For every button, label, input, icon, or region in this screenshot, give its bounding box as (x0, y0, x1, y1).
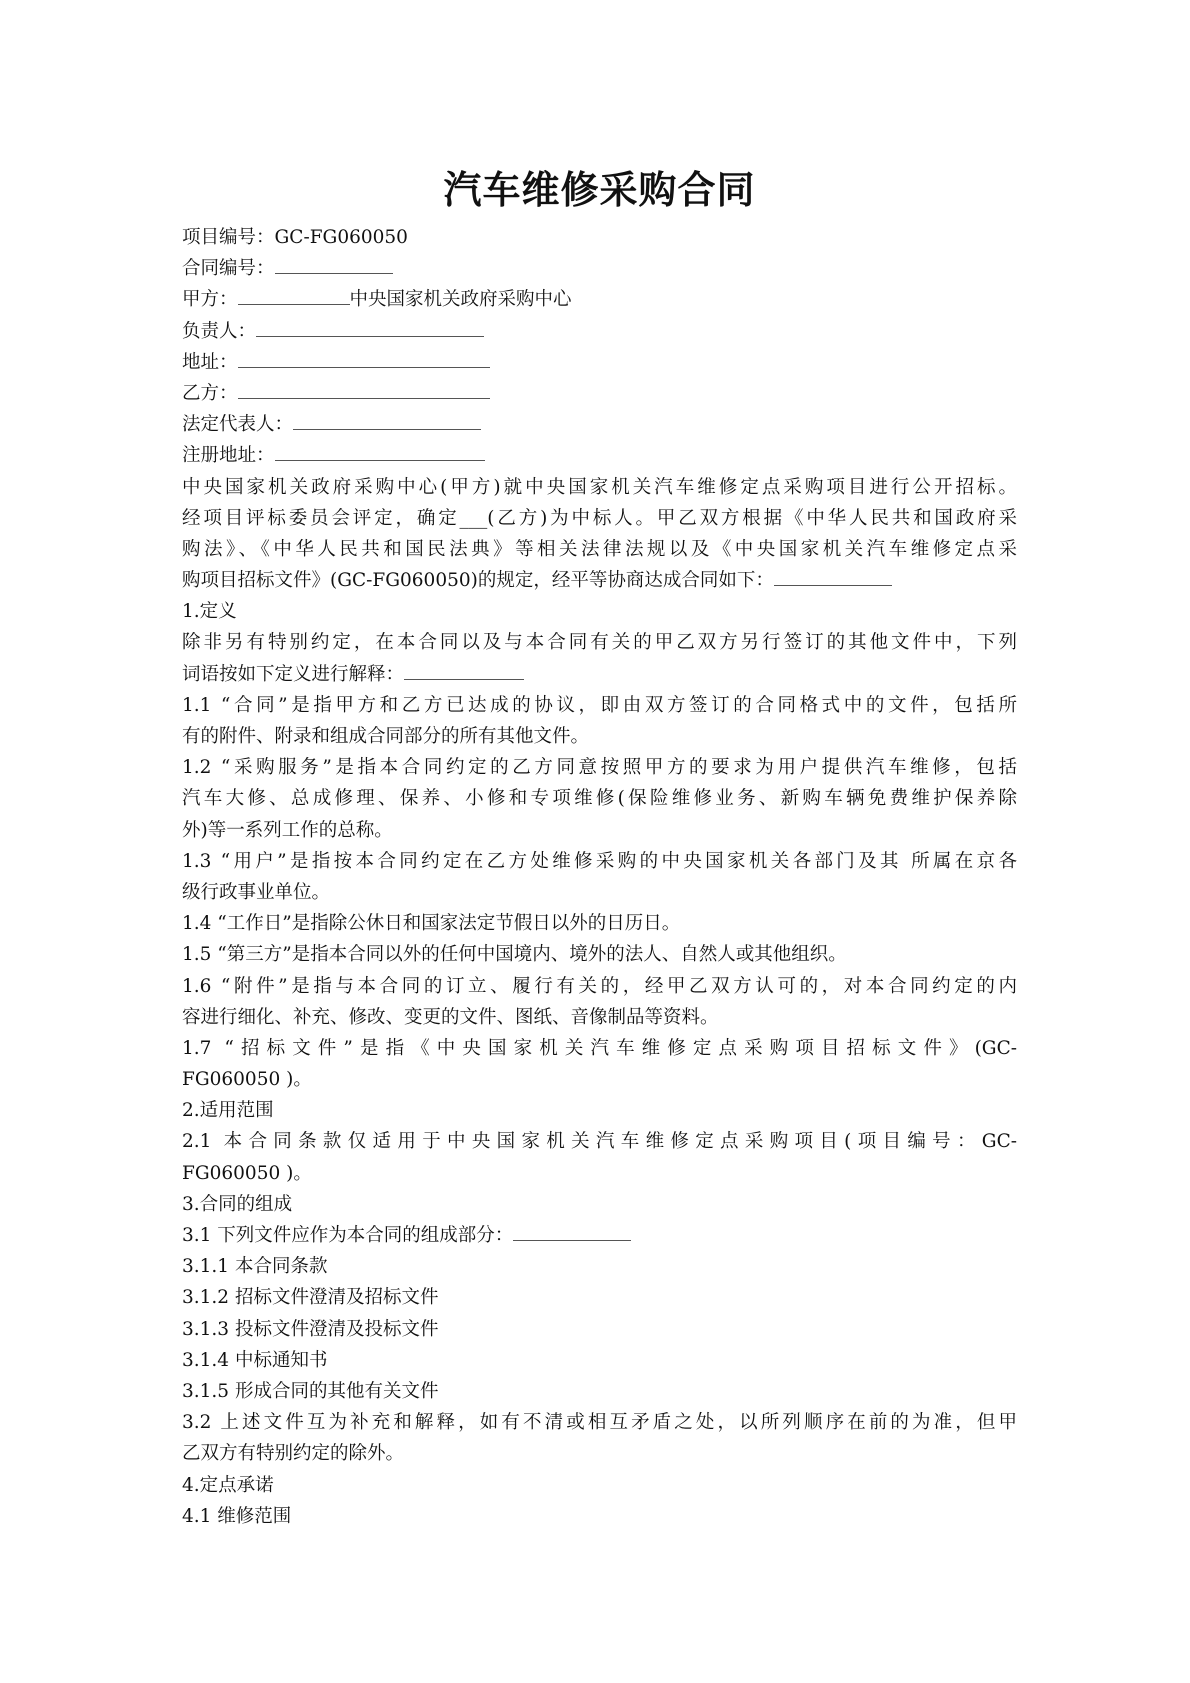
fill-in-blank[interactable] (275, 255, 393, 274)
line-text: 汽车大修、总成修理、保养、小修和专项维修(保险维修业务、新购车辆免费维护保养除 (182, 788, 1017, 809)
line-text: 1.4 “工作日”是指除公休日和国家法定节假日以外的日历日。 (182, 913, 680, 934)
field-label: 合同编号： (182, 258, 275, 279)
body-line: 3.1.3 投标文件澄清及投标文件 (182, 1314, 1017, 1345)
line-text: 3.1.3 投标文件澄清及投标文件 (182, 1319, 438, 1340)
field-label: 法定代表人： (182, 414, 293, 435)
fill-in-blank[interactable] (404, 661, 524, 680)
body-line: 1.2 “采购服务”是指本合同约定的乙方同意按照甲方的要求为用户提供汽车维修，包… (182, 752, 1017, 783)
line-text: 1.1 “合同”是指甲方和乙方已达成的协议，即由双方签订的合同格式中的文件，包括… (182, 695, 1017, 716)
header-field: 注册地址： (182, 440, 1017, 471)
document-title: 汽车维修采购合同 (182, 165, 1017, 215)
line-text: 1.定义 (182, 601, 237, 622)
line-text: 2.适用范围 (182, 1100, 274, 1121)
body-line: 1.5 “第三方”是指本合同以外的任何中国境内、境外的法人、自然人或其他组织。 (182, 939, 1017, 970)
body-line: 级行政事业单位。 (182, 877, 1017, 908)
line-text: 外)等一系列工作的总称。 (182, 820, 393, 841)
fill-in-blank[interactable] (774, 567, 892, 586)
line-text: 级行政事业单位。 (182, 882, 330, 903)
body-line: 3.1.1 本合同条款 (182, 1251, 1017, 1282)
body-line: 3.合同的组成 (182, 1189, 1017, 1220)
body-line: 有的附件、附录和组成合同部分的所有其他文件。 (182, 721, 1017, 752)
line-text: 3.1 下列文件应作为本合同的组成部分： (182, 1225, 513, 1246)
body-line: 4.1 维修范围 (182, 1501, 1017, 1532)
body-line: 1.4 “工作日”是指除公休日和国家法定节假日以外的日历日。 (182, 908, 1017, 939)
body-line: 1.1 “合同”是指甲方和乙方已达成的协议，即由双方签订的合同格式中的文件，包括… (182, 690, 1017, 721)
field-label: 负责人： (182, 321, 256, 342)
line-text: FG060050 )。 (182, 1069, 312, 1090)
line-text: 中央国家机关政府采购中心(甲方)就中央国家机关汽车维修定点采购项目进行公开招标。 (182, 477, 1017, 498)
line-text: 词语按如下定义进行解释： (182, 664, 404, 685)
fill-in-blank[interactable] (238, 286, 350, 305)
line-text: 3.1.2 招标文件澄清及招标文件 (182, 1287, 438, 1308)
line-text: 除非另有特别约定，在本合同以及与本合同有关的甲乙双方另行签订的其他文件中，下列 (182, 632, 1017, 653)
header-field: 负责人： (182, 316, 1017, 347)
field-value: GC-FG060050 (275, 227, 408, 248)
line-text: 1.7 “招标文件”是指《中央国家机关汽车维修定点采购项目招标文件》(GC- (182, 1038, 1017, 1059)
line-text: 2.1 本合同条款仅适用于中央国家机关汽车维修定点采购项目(项目编号：GC- (182, 1131, 1017, 1152)
fill-in-blank[interactable] (256, 318, 484, 337)
line-text: 容进行细化、补充、修改、变更的文件、图纸、音像制品等资料。 (182, 1007, 719, 1028)
fill-in-blank[interactable] (238, 349, 490, 368)
header-field: 法定代表人： (182, 409, 1017, 440)
line-text: 乙双方有特别约定的除外。 (182, 1443, 404, 1464)
body-line: 1.定义 (182, 596, 1017, 627)
line-text: 3.合同的组成 (182, 1194, 292, 1215)
body-line: 2.适用范围 (182, 1095, 1017, 1126)
header-field: 乙方： (182, 378, 1017, 409)
line-text: 1.6 “附件”是指与本合同的订立、履行有关的，经甲乙双方认可的，对本合同约定的… (182, 976, 1017, 997)
body-line: 3.2 上述文件互为补充和解释，如有不清或相互矛盾之处，以所列顺序在前的为准，但… (182, 1407, 1017, 1438)
field-label: 项目编号： (182, 227, 275, 248)
field-label: 地址： (182, 352, 238, 373)
body-line: 中央国家机关政府采购中心(甲方)就中央国家机关汽车维修定点采购项目进行公开招标。 (182, 472, 1017, 503)
line-text: 1.2 “采购服务”是指本合同约定的乙方同意按照甲方的要求为用户提供汽车维修，包… (182, 757, 1017, 778)
line-text: 4.1 维修范围 (182, 1506, 291, 1527)
field-label: 注册地址： (182, 445, 275, 466)
line-text: 1.3 “用户”是指按本合同约定在乙方处维修采购的中央国家机关各部门及其 所属在… (182, 851, 1017, 872)
line-text: 经项目评标委员会评定，确定___(乙方)为中标人。甲乙双方根据《中华人民共和国政… (182, 508, 1017, 529)
body-line: 3.1.2 招标文件澄清及招标文件 (182, 1282, 1017, 1313)
body-line: 3.1.5 形成合同的其他有关文件 (182, 1376, 1017, 1407)
field-label: 甲方： (182, 289, 238, 310)
body-line: 除非另有特别约定，在本合同以及与本合同有关的甲乙双方另行签订的其他文件中，下列 (182, 627, 1017, 658)
field-label: 乙方： (182, 383, 238, 404)
body-line: 经项目评标委员会评定，确定___(乙方)为中标人。甲乙双方根据《中华人民共和国政… (182, 503, 1017, 534)
body-line: 购项目招标文件》(GC-FG060050)的规定，经平等协商达成合同如下： (182, 565, 1017, 596)
body-line: 3.1.4 中标通知书 (182, 1345, 1017, 1376)
body-line: 乙双方有特别约定的除外。 (182, 1438, 1017, 1469)
body-line: 2.1 本合同条款仅适用于中央国家机关汽车维修定点采购项目(项目编号：GC- (182, 1126, 1017, 1157)
body-line: 词语按如下定义进行解释： (182, 659, 1017, 690)
line-text: FG060050 )。 (182, 1163, 312, 1184)
body-line: 1.3 “用户”是指按本合同约定在乙方处维修采购的中央国家机关各部门及其 所属在… (182, 846, 1017, 877)
fill-in-blank[interactable] (238, 380, 490, 399)
body-line: 4.定点承诺 (182, 1470, 1017, 1501)
body-line: 购法》、《中华人民共和国民法典》等相关法律法规以及《中央国家机关汽车维修定点采 (182, 534, 1017, 565)
header-field: 合同编号： (182, 253, 1017, 284)
body-line: 外)等一系列工作的总称。 (182, 815, 1017, 846)
line-text: 3.1.5 形成合同的其他有关文件 (182, 1381, 438, 1402)
line-text: 1.5 “第三方”是指本合同以外的任何中国境内、境外的法人、自然人或其他组织。 (182, 944, 847, 965)
document-body: 项目编号：GC-FG060050合同编号：甲方：中央国家机关政府采购中心负责人：… (182, 222, 1017, 1532)
body-line: FG060050 )。 (182, 1064, 1017, 1095)
header-field: 项目编号：GC-FG060050 (182, 222, 1017, 253)
line-text: 3.1.1 本合同条款 (182, 1256, 327, 1277)
line-text: 3.1.4 中标通知书 (182, 1350, 327, 1371)
body-line: FG060050 )。 (182, 1158, 1017, 1189)
line-text: 有的附件、附录和组成合同部分的所有其他文件。 (182, 726, 589, 747)
body-line: 3.1 下列文件应作为本合同的组成部分： (182, 1220, 1017, 1251)
header-field: 地址： (182, 347, 1017, 378)
body-line: 1.7 “招标文件”是指《中央国家机关汽车维修定点采购项目招标文件》(GC- (182, 1033, 1017, 1064)
body-line: 1.6 “附件”是指与本合同的订立、履行有关的，经甲乙双方认可的，对本合同约定的… (182, 971, 1017, 1002)
line-text: 购法》、《中华人民共和国民法典》等相关法律法规以及《中央国家机关汽车维修定点采 (182, 539, 1017, 560)
header-field: 甲方：中央国家机关政府采购中心 (182, 284, 1017, 315)
body-line: 容进行细化、补充、修改、变更的文件、图纸、音像制品等资料。 (182, 1002, 1017, 1033)
body-line: 汽车大修、总成修理、保养、小修和专项维修(保险维修业务、新购车辆免费维护保养除 (182, 783, 1017, 814)
fill-in-blank[interactable] (513, 1222, 631, 1241)
line-text: 3.2 上述文件互为补充和解释，如有不清或相互矛盾之处，以所列顺序在前的为准，但… (182, 1412, 1017, 1433)
field-value: 中央国家机关政府采购中心 (350, 289, 572, 310)
line-text: 购项目招标文件》(GC-FG060050)的规定，经平等协商达成合同如下： (182, 570, 774, 591)
line-text: 4.定点承诺 (182, 1475, 274, 1496)
fill-in-blank[interactable] (275, 442, 485, 461)
fill-in-blank[interactable] (293, 411, 481, 430)
